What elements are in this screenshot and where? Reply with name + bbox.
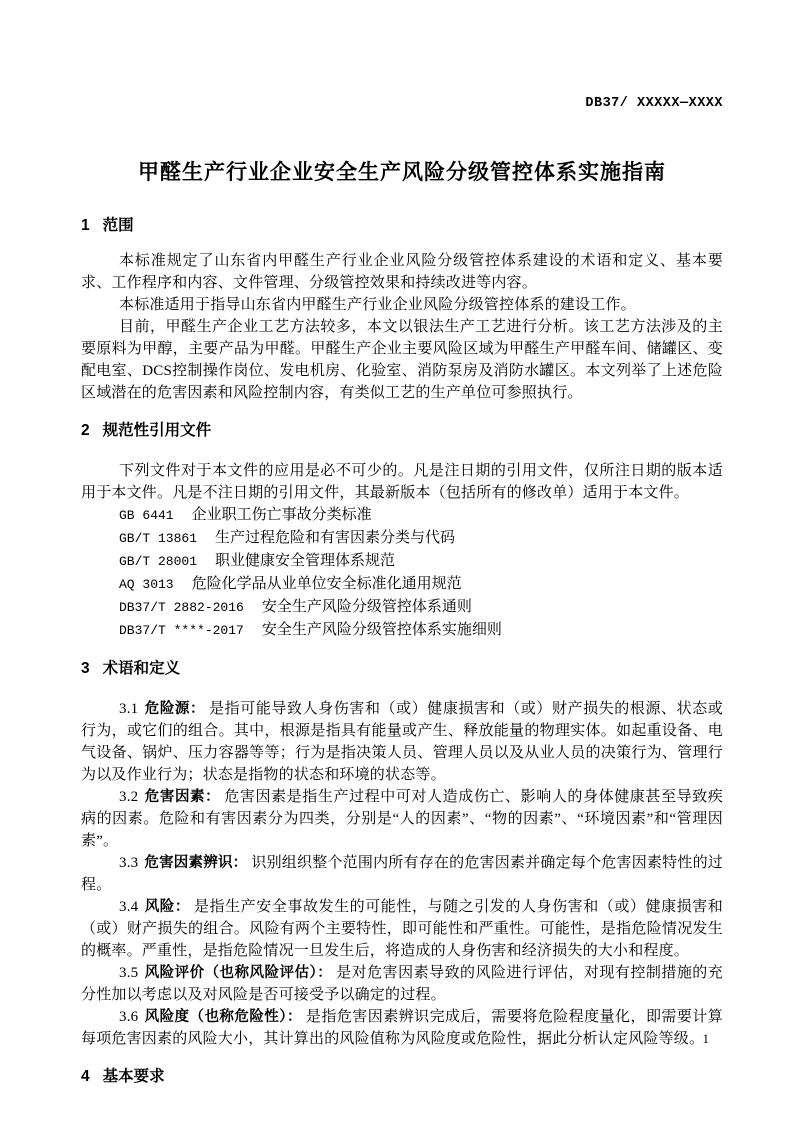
reference-code: GB/T 28001 [119, 551, 197, 573]
references-intro-paragraph: 下列文件对于本文件的应用是必不可少的。凡是注日期的引用文件，仅所注日期的版本适用… [81, 460, 723, 504]
scope-paragraph-3: 目前，甲醛生产企业工艺方法较多，本文以银法生产工艺进行分析。该工艺方法涉及的主要… [81, 316, 723, 404]
section-1-title: 范围 [103, 217, 134, 234]
document-page: DB37/ XXXXX—XXXX 甲醛生产行业企业安全生产风险分级管控体系实施指… [0, 0, 793, 1122]
section-1-number: 1 [81, 215, 90, 237]
term-number: 3.6 [119, 1006, 138, 1028]
section-3-heading: 3术语和定义 [81, 658, 723, 680]
term-number: 3.4 [119, 896, 138, 918]
term-definition-3-2: 3.2危害因素：危害因素是指生产过程中可对人造成伤亡、影响人的身体健康甚至导致疾… [81, 786, 723, 852]
term-name: 风险： [144, 899, 190, 915]
reference-item-6: DB37/T ****-2017安全生产风险分级管控体系实施细则 [81, 619, 723, 642]
section-4-number: 4 [81, 1066, 90, 1088]
section-3-title: 术语和定义 [103, 660, 181, 677]
term-number: 3.3 [119, 852, 138, 874]
term-name: 风险度（也称危险性）： [144, 1009, 302, 1025]
term-name: 风险评价（也称风险评估）： [144, 965, 332, 981]
page-number: 1 [703, 1031, 710, 1047]
reference-code: GB 6441 [119, 505, 174, 527]
term-name: 危害因素： [144, 789, 220, 805]
reference-item-4: AQ 3013危险化学品从业单位安全标准化通用规范 [81, 573, 723, 596]
term-definition-3-6: 3.6风险度（也称危险性）：是指危害因素辨识完成后，需要将危险程度量化，即需要计… [81, 1006, 723, 1050]
reference-title: 企业职工伤亡事故分类标准 [192, 507, 372, 523]
document-content: DB37/ XXXXX—XXXX 甲醛生产行业企业安全生产风险分级管控体系实施指… [81, 0, 723, 1106]
reference-title: 安全生产风险分级管控体系通则 [262, 599, 472, 615]
document-title: 甲醛生产行业企业安全生产风险分级管控体系实施指南 [81, 157, 723, 187]
section-3-number: 3 [81, 658, 90, 680]
section-2-heading: 2规范性引用文件 [81, 420, 723, 442]
reference-code: GB/T 13861 [119, 528, 197, 550]
reference-title: 职业健康安全管理体系规范 [215, 553, 395, 569]
scope-paragraph-2: 本标准适用于指导山东省内甲醛生产行业企业风险分级管控体系的建设工作。 [81, 294, 723, 316]
term-definition-3-5: 3.5风险评价（也称风险评估）：是对危害因素导致的风险进行评估，对现有控制措施的… [81, 962, 723, 1006]
section-1-heading: 1范围 [81, 215, 723, 237]
term-name: 危险源： [144, 701, 205, 717]
standard-code-header: DB37/ XXXXX—XXXX [81, 95, 723, 112]
reference-code: AQ 3013 [119, 574, 174, 596]
reference-title: 生产过程危险和有害因素分类与代码 [215, 530, 455, 546]
term-definition-3-3: 3.3危害因素辨识：识别组织整个范围内所有存在的危害因素并确定每个危害因素特性的… [81, 852, 723, 896]
section-2-number: 2 [81, 420, 90, 442]
section-4-title: 基本要求 [103, 1068, 165, 1085]
term-definition-3-1: 3.1危险源：是指可能导致人身伤害和（或）健康损害和（或）财产损失的根源、状态或… [81, 698, 723, 786]
section-4-heading: 4基本要求 [81, 1066, 723, 1088]
reference-code: DB37/T 2882-2016 [119, 597, 244, 619]
reference-code: DB37/T ****-2017 [119, 620, 244, 642]
term-number: 3.5 [119, 962, 138, 984]
term-definition-3-4: 3.4风险：是指生产安全事故发生的可能性，与随之引发的人身伤害和（或）健康损害和… [81, 896, 723, 962]
reference-title: 安全生产风险分级管控体系实施细则 [262, 622, 502, 638]
section-2-title: 规范性引用文件 [103, 422, 212, 439]
reference-item-5: DB37/T 2882-2016安全生产风险分级管控体系通则 [81, 596, 723, 619]
term-number: 3.1 [119, 698, 138, 720]
term-name: 危害因素辨识： [144, 855, 247, 871]
term-number: 3.2 [119, 786, 138, 808]
reference-item-2: GB/T 13861生产过程危险和有害因素分类与代码 [81, 527, 723, 550]
reference-item-3: GB/T 28001职业健康安全管理体系规范 [81, 550, 723, 573]
reference-item-1: GB 6441企业职工伤亡事故分类标准 [81, 504, 723, 527]
reference-title: 危险化学品从业单位安全标准化通用规范 [192, 576, 462, 592]
scope-paragraph-1: 本标准规定了山东省内甲醛生产行业企业风险分级管控体系建设的术语和定义、基本要求、… [81, 250, 723, 294]
